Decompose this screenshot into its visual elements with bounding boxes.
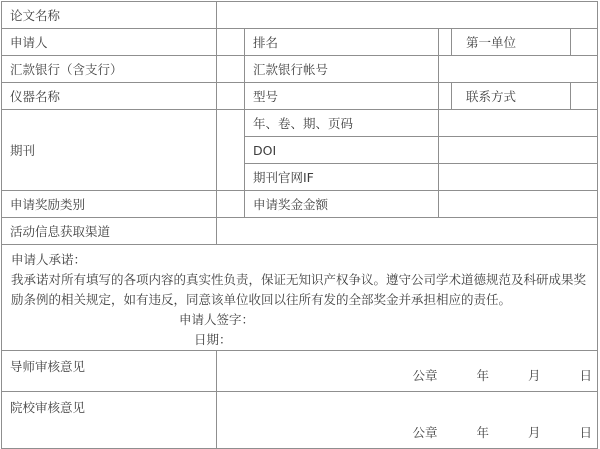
- doi-input-cell[interactable]: [439, 137, 598, 164]
- info-channel-input-cell[interactable]: [217, 218, 598, 245]
- first-unit-label: 第一单位: [452, 29, 571, 56]
- commitment-title: 申请人承诺：: [11, 250, 588, 270]
- journal-if-input-cell[interactable]: [439, 164, 598, 191]
- table-row: 仪器名称 型号 联系方式: [2, 83, 598, 110]
- journal-input-cell[interactable]: [217, 110, 245, 191]
- mentor-day-label: 日: [580, 366, 593, 384]
- award-category-input-cell[interactable]: [217, 191, 245, 218]
- contact-label: 联系方式: [452, 83, 571, 110]
- school-seal-date-line: 公章 年 月 日: [217, 423, 592, 441]
- bank-account-label: 汇款银行帐号: [245, 56, 439, 83]
- paper-name-label: 论文名称: [2, 2, 217, 29]
- school-seal-label: 公章: [413, 423, 438, 441]
- table-row: 期刊 年、卷、期、页码: [2, 110, 598, 137]
- award-amount-label: 申请奖金金额: [245, 191, 439, 218]
- model-input-cell[interactable]: [439, 83, 452, 110]
- table-row: 申请人 排名 第一单位: [2, 29, 598, 56]
- info-channel-label: 活动信息获取渠道: [2, 218, 217, 245]
- journal-label: 期刊: [2, 110, 217, 191]
- applicant-signature-label: 申请人签字：: [179, 310, 588, 330]
- applicant-input-cell[interactable]: [217, 29, 245, 56]
- bank-account-input-cell[interactable]: [439, 56, 598, 83]
- table-row: 院校审核意见 公章 年 月 日: [2, 392, 598, 449]
- doi-label: DOI: [245, 137, 439, 164]
- school-month-label: 月: [528, 423, 541, 441]
- issue-info-label: 年、卷、期、页码: [245, 110, 439, 137]
- bank-label: 汇款银行（含支行）: [2, 56, 217, 83]
- paper-name-input-cell[interactable]: [217, 2, 598, 29]
- table-row: 申请奖励类别 申请奖金金额: [2, 191, 598, 218]
- award-application-form-table: 论文名称 申请人 排名 第一单位 汇款银行（含支行） 汇款银行帐号 仪器名称 型…: [1, 1, 598, 449]
- journal-if-label: 期刊官网IF: [245, 164, 439, 191]
- applicant-label: 申请人: [2, 29, 217, 56]
- mentor-review-label: 导师审核意见: [2, 351, 217, 392]
- instrument-input-cell[interactable]: [217, 83, 245, 110]
- signature-date-label: 日期：: [194, 330, 588, 350]
- mentor-year-label: 年: [477, 366, 490, 384]
- table-row: 申请人承诺： 我承诺对所有填写的各项内容的真实性负责，保证无知识产权争议。遵守公…: [2, 245, 598, 351]
- school-day-label: 日: [580, 423, 593, 441]
- model-label: 型号: [245, 83, 439, 110]
- bank-input-cell[interactable]: [217, 56, 245, 83]
- contact-input-cell[interactable]: [571, 83, 598, 110]
- mentor-review-input-cell[interactable]: 公章 年 月 日: [217, 351, 598, 392]
- award-category-label: 申请奖励类别: [2, 191, 217, 218]
- mentor-seal-date-line: 公章 年 月 日: [217, 366, 592, 384]
- first-unit-input-cell[interactable]: [571, 29, 598, 56]
- mentor-month-label: 月: [528, 366, 541, 384]
- table-row: 导师审核意见 公章 年 月 日: [2, 351, 598, 392]
- issue-info-input-cell[interactable]: [439, 110, 598, 137]
- commitment-cell: 申请人承诺： 我承诺对所有填写的各项内容的真实性负责，保证无知识产权争议。遵守公…: [2, 245, 598, 351]
- table-row: 论文名称: [2, 2, 598, 29]
- rank-label: 排名: [245, 29, 439, 56]
- commitment-body: 我承诺对所有填写的各项内容的真实性负责，保证无知识产权争议。遵守公司学术道德规范…: [11, 270, 588, 310]
- instrument-label: 仪器名称: [2, 83, 217, 110]
- table-row: 汇款银行（含支行） 汇款银行帐号: [2, 56, 598, 83]
- school-review-input-cell[interactable]: 公章 年 月 日: [217, 392, 598, 449]
- rank-input-cell[interactable]: [439, 29, 452, 56]
- table-row: 活动信息获取渠道: [2, 218, 598, 245]
- mentor-seal-label: 公章: [413, 366, 438, 384]
- school-review-label: 院校审核意见: [2, 392, 217, 449]
- award-amount-input-cell[interactable]: [439, 191, 598, 218]
- school-year-label: 年: [477, 423, 490, 441]
